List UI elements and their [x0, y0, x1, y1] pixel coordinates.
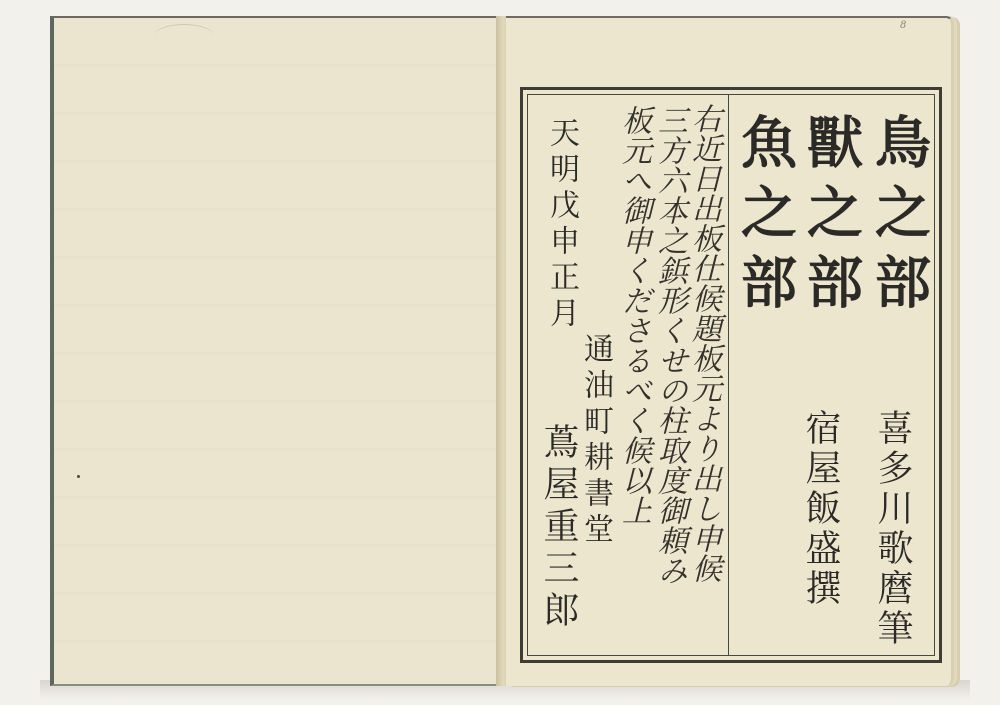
notice-line-3: 板元へ御申くださるべく候以上 [616, 105, 650, 525]
publication-date: 天明戊申正月 [544, 117, 578, 333]
notice-line-1: 右近日出板仕候題板元より出し申候 [686, 103, 720, 583]
artist-credit: 喜多川歌麿筆 [872, 409, 912, 649]
title-beasts: 獸之部 [800, 113, 862, 323]
publisher-address: 通油町耕書堂 [578, 333, 612, 549]
paper-stain [154, 24, 214, 48]
frame-divider [728, 95, 729, 655]
page-number: 8 [900, 20, 906, 31]
title-birds: 鳥之部 [868, 113, 930, 323]
ink-spot [77, 475, 80, 478]
editor-credit: 宿屋飯盛撰 [800, 409, 840, 609]
publisher-name: 蔦屋重三郎 [538, 423, 578, 633]
right-page-colophon: 8 鳥之部 獸之部 魚之部 喜多川歌麿筆 宿屋飯盛撰 右近日出板仕候題板元より出… [506, 16, 954, 686]
notice-line-2: 三方六本之鋲形くせの柱取度御頼み [652, 105, 686, 585]
frame-inner-border: 鳥之部 獸之部 魚之部 喜多川歌麿筆 宿屋飯盛撰 右近日出板仕候題板元より出し申… [527, 94, 935, 656]
colophon-frame: 鳥之部 獸之部 魚之部 喜多川歌麿筆 宿屋飯盛撰 右近日出板仕候題板元より出し申… [520, 87, 942, 663]
left-page-blank [50, 16, 500, 686]
title-fish: 魚之部 [734, 113, 796, 323]
